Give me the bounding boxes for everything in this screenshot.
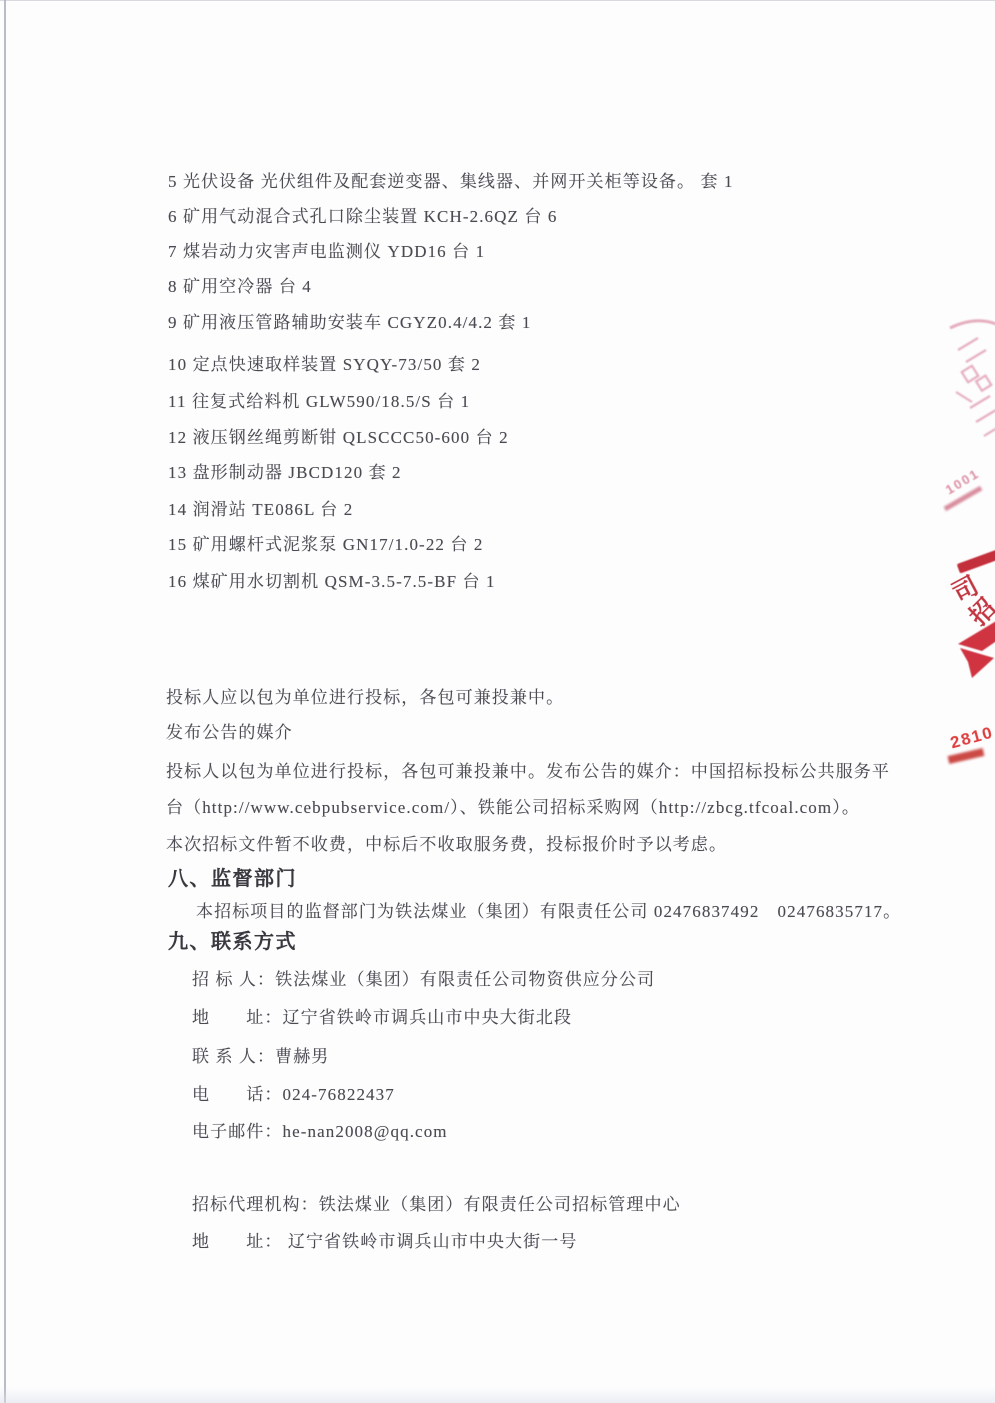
item-name: 润滑站 <box>193 500 247 519</box>
equipment-item: 12 液压钢丝绳剪断钳 QLSCCC50-600 台 2 <box>168 423 509 448</box>
equipment-item: 13 盘形制动器 JBCD120 套 2 <box>168 458 402 483</box>
item-qty: 2 <box>499 428 509 447</box>
item-model: JBCD120 <box>288 463 363 482</box>
item-model: GN17/1.0-22 <box>343 535 445 554</box>
item-unit: 套 <box>448 355 466 374</box>
item-model: GLW590/18.5/S <box>306 392 432 411</box>
item-qty: 2 <box>344 500 354 519</box>
item-no: 7 <box>168 242 178 261</box>
contact-row: 电子邮件：he-nan2008@qq.com <box>192 1117 448 1142</box>
item-name: 液压钢丝绳剪断钳 <box>193 428 338 447</box>
agency-row: 招标代理机构：铁法煤业（集团）有限责任公司招标管理中心 <box>192 1190 681 1215</box>
item-no: 11 <box>168 392 187 411</box>
equipment-item: 9 矿用液压管路辅助安装车 CGYZ0.4/4.2 套 1 <box>168 308 531 333</box>
contact-value: 辽宁省铁岭市调兵山市中央大街一号 <box>283 1232 578 1251</box>
item-name: 矿用螺杆式泥浆泵 <box>193 535 338 554</box>
contact-row: 地 址：辽宁省铁岭市调兵山市中央大街北段 <box>192 1003 572 1028</box>
item-unit: 台 <box>279 277 297 296</box>
scan-edge-top <box>0 0 995 1</box>
item-no: 14 <box>168 500 187 519</box>
item-unit: 套 <box>700 172 718 191</box>
contact-label: 电子邮件： <box>192 1122 283 1141</box>
contact-row: 联 系 人：曹赫男 <box>192 1042 329 1067</box>
item-model: TE086L <box>252 500 315 519</box>
item-name: 矿用气动混合式孔口除尘装置 <box>183 207 418 226</box>
item-unit: 套 <box>498 313 516 332</box>
document-page: 5 光伏设备 光伏组件及配套逆变器、集线器、并网开关柜等设备。 套 1 6 矿用… <box>0 0 995 1403</box>
item-unit: 台 <box>437 392 455 411</box>
scan-edge-left <box>4 0 6 1403</box>
item-no: 16 <box>168 572 187 591</box>
item-model: QLSCCC50-600 <box>343 428 471 447</box>
note-paragraph-line: 投标人以包为单位进行投标，各包可兼投兼中。发布公告的媒介：中国招标投标公共服务平 <box>166 757 890 782</box>
contact-value: 辽宁省铁岭市调兵山市中央大街北段 <box>283 1008 573 1027</box>
item-model: SYQY-73/50 <box>343 355 443 374</box>
item-unit: 台 <box>320 500 338 519</box>
equipment-item: 10 定点快速取样装置 SYQY-73/50 套 2 <box>168 350 481 375</box>
item-no: 9 <box>168 313 178 332</box>
contact-row: 招 标 人：铁法煤业（集团）有限责任公司物资供应分公司 <box>192 965 655 990</box>
item-unit: 套 <box>369 463 387 482</box>
contact-label: 联 系 人： <box>192 1047 275 1066</box>
item-qty: 1 <box>461 392 471 411</box>
section-heading-contact: 九、联系方式 <box>168 925 297 954</box>
item-name: 定点快速取样装置 <box>193 355 338 374</box>
item-qty: 4 <box>302 277 312 296</box>
contact-value: he-nan2008@qq.com <box>283 1122 448 1141</box>
item-qty: 2 <box>392 463 402 482</box>
contact-label: 电 话： <box>192 1085 283 1104</box>
item-unit: 台 <box>463 572 481 591</box>
item-name: 矿用空冷器 <box>183 277 274 296</box>
item-unit: 台 <box>450 535 468 554</box>
item-qty: 2 <box>474 535 484 554</box>
item-name: 光伏设备 光伏组件及配套逆变器、集线器、并网开关柜等设备。 <box>183 172 695 191</box>
item-no: 8 <box>168 277 178 296</box>
item-name: 往复式给料机 <box>192 392 301 411</box>
star-part <box>958 620 995 651</box>
scan-noise-bottom <box>0 1387 995 1403</box>
note-paragraph: 投标人应以包为单位进行投标，各包可兼投兼中。 <box>166 683 564 708</box>
item-no: 15 <box>168 535 187 554</box>
item-no: 5 <box>168 172 178 191</box>
item-name: 矿用液压管路辅助安装车 <box>183 313 382 332</box>
item-qty: 1 <box>476 242 486 261</box>
contact-label: 招 标 人： <box>192 970 275 989</box>
item-model: QSM-3.5-7.5-BF <box>325 572 458 591</box>
equipment-item: 6 矿用气动混合式孔口除尘装置 KCH-2.6QZ 台 6 <box>168 202 557 227</box>
contact-row: 电 话：024-76822437 <box>192 1080 395 1105</box>
item-qty: 2 <box>471 355 481 374</box>
agency-row: 地 址： 辽宁省铁岭市调兵山市中央大街一号 <box>192 1227 577 1252</box>
equipment-item: 14 润滑站 TE086L 台 2 <box>168 495 353 520</box>
item-no: 6 <box>168 207 178 226</box>
item-name: 盘形制动器 <box>193 463 284 482</box>
contact-label: 地 址： <box>192 1232 283 1251</box>
star-part <box>960 648 994 678</box>
equipment-item: 15 矿用螺杆式泥浆泵 GN17/1.0-22 台 2 <box>168 530 483 555</box>
item-model: CGYZ0.4/4.2 <box>387 313 493 332</box>
item-qty: 1 <box>522 313 532 332</box>
item-unit: 台 <box>476 428 494 447</box>
contact-label: 招标代理机构： <box>192 1195 319 1214</box>
stamp-smudge-strokes <box>950 321 995 436</box>
contact-value: 铁法煤业（集团）有限责任公司招标管理中心 <box>319 1195 681 1214</box>
item-no: 13 <box>168 463 187 482</box>
supervision-body: 本招标项目的监督部门为铁法煤业（集团）有限责任公司 02476837492 02… <box>196 897 901 922</box>
item-name: 煤矿用水切割机 <box>193 572 320 591</box>
contact-label: 地 址： <box>192 1008 283 1027</box>
equipment-item: 16 煤矿用水切割机 QSM-3.5-7.5-BF 台 1 <box>168 567 496 592</box>
item-qty: 1 <box>486 572 496 591</box>
item-qty: 6 <box>548 207 558 226</box>
equipment-item: 11 往复式给料机 GLW590/18.5/S 台 1 <box>168 387 470 412</box>
stamp-serial-bottom: 2810 <box>948 723 995 754</box>
item-unit: 台 <box>524 207 542 226</box>
stamp-star-fragment <box>948 618 995 690</box>
item-unit: 台 <box>452 242 470 261</box>
item-qty: 1 <box>724 172 734 191</box>
equipment-item: 5 光伏设备 光伏组件及配套逆变器、集线器、并网开关柜等设备。 套 1 <box>168 167 734 192</box>
equipment-item: 7 煤岩动力灾害声电监测仪 YDD16 台 1 <box>168 237 485 262</box>
item-no: 12 <box>168 428 187 447</box>
contact-value: 024-76822437 <box>283 1085 395 1104</box>
note-paragraph: 本次招标文件暂不收费，中标后不收取服务费，投标报价时予以考虑。 <box>166 830 727 855</box>
item-model: KCH-2.6QZ <box>424 207 519 226</box>
item-model: YDD16 <box>387 242 446 261</box>
stamp-top-fragment <box>920 310 995 450</box>
note-paragraph-line: 台（http://www.cebpubservice.com/）、铁能公司招标采… <box>166 793 860 818</box>
section-heading-supervision: 八、监督部门 <box>168 862 297 891</box>
contact-value: 曹赫男 <box>275 1047 329 1066</box>
media-heading: 发布公告的媒介 <box>166 718 293 743</box>
item-no: 10 <box>168 355 187 374</box>
equipment-item: 8 矿用空冷器 台 4 <box>168 272 312 297</box>
item-name: 煤岩动力灾害声电监测仪 <box>183 242 382 261</box>
contact-value: 铁法煤业（集团）有限责任公司物资供应分公司 <box>275 970 655 989</box>
